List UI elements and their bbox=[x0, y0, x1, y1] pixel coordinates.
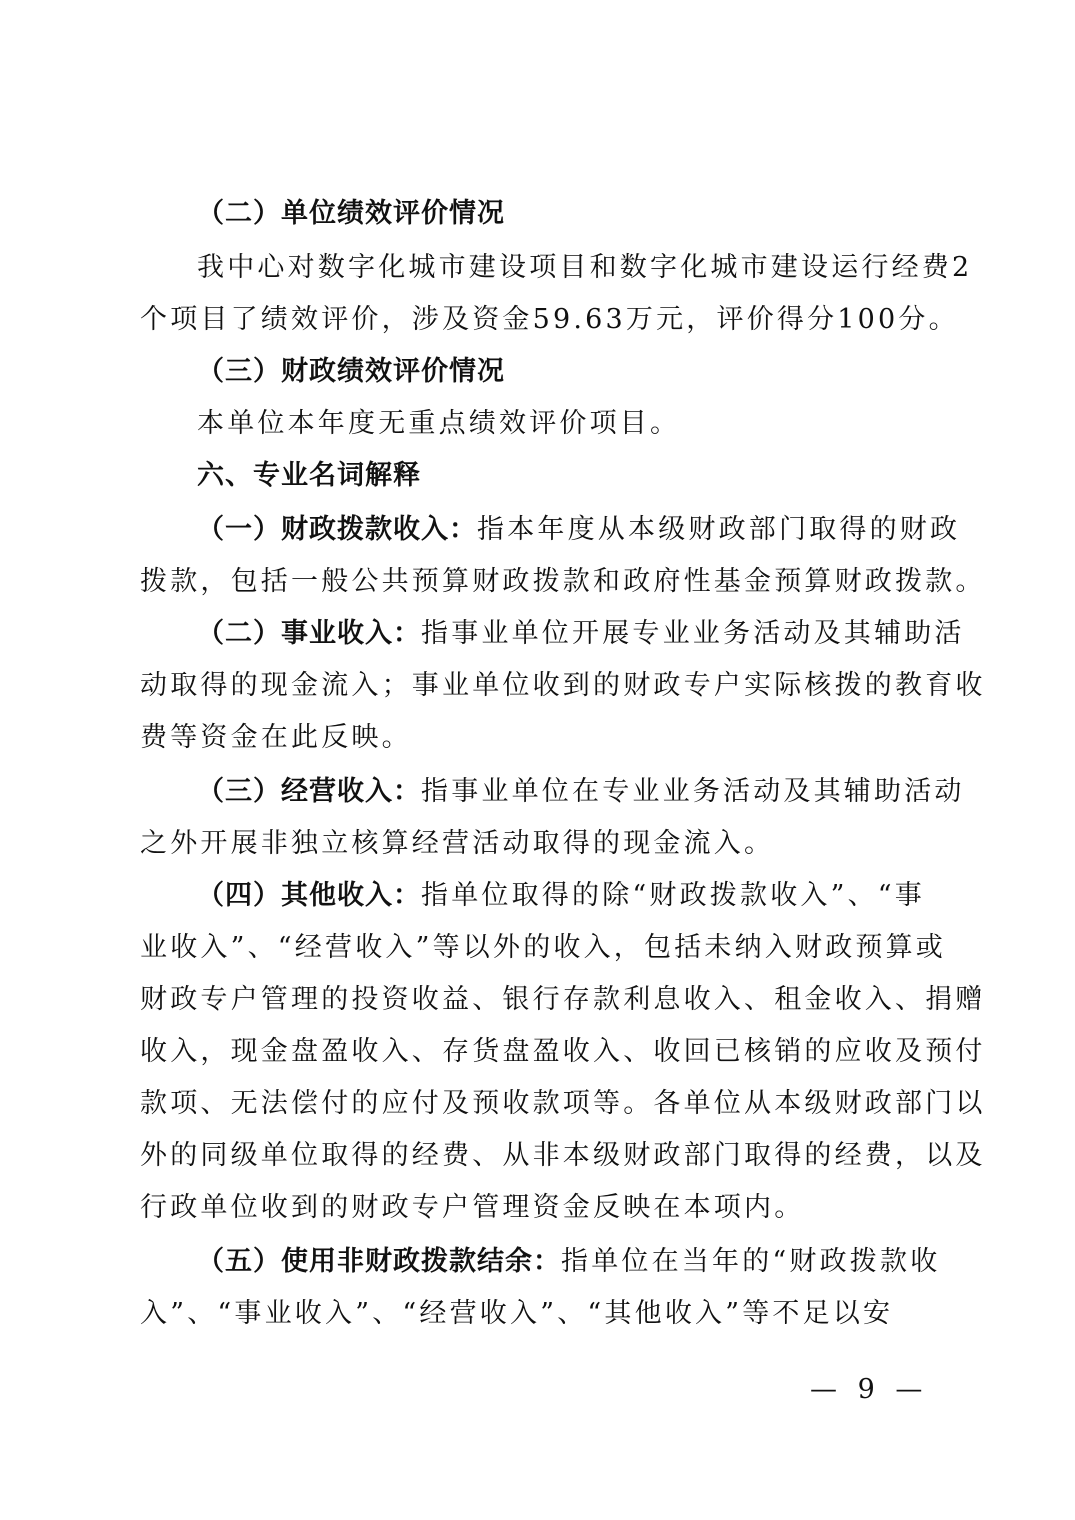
page-number: — 9 — bbox=[810, 1372, 928, 1408]
term-definition: 指单位在当年的“财政拨款收 bbox=[561, 1246, 940, 1277]
paragraph-line: 收入，现金盘盈收入、存货盘盈收入、收回已核销的应收及预付 bbox=[140, 1034, 940, 1070]
term-definition: 指事业单位在专业业务活动及其辅助活动 bbox=[421, 776, 965, 807]
paragraph-line: 业收入”、“经营收入”等以外的收入，包括未纳入财政预算或 bbox=[140, 930, 940, 966]
paragraph-line: 我中心对数字化城市建设项目和数字化城市建设运行经费2 bbox=[197, 250, 940, 286]
paragraph-line: 入”、“事业收入”、“经营收入”、“其他收入”等不足以安 bbox=[140, 1296, 940, 1332]
term-label: （三）经营收入： bbox=[197, 776, 421, 807]
term-label: （五）使用非财政拨款结余： bbox=[197, 1246, 561, 1277]
term-label: （四）其他收入： bbox=[197, 880, 421, 911]
glossary-term-5: （五）使用非财政拨款结余：指单位在当年的“财政拨款收 bbox=[197, 1244, 940, 1280]
paragraph-line: 之外开展非独立核算经营活动取得的现金流入。 bbox=[140, 826, 940, 862]
term-label: （二）事业收入： bbox=[197, 618, 421, 649]
glossary-term-1: （一）财政拨款收入：指本年度从本级财政部门取得的财政 bbox=[197, 512, 940, 548]
term-definition: 指本年度从本级财政部门取得的财政 bbox=[477, 514, 960, 545]
term-definition: 指单位取得的除“财政拨款收入”、“事 bbox=[421, 880, 925, 911]
paragraph-line: 行政单位收到的财政专户管理资金反映在本项内。 bbox=[140, 1190, 940, 1226]
term-label: （一）财政拨款收入： bbox=[197, 514, 477, 545]
term-definition: 指事业单位开展专业业务活动及其辅助活 bbox=[421, 618, 965, 649]
paragraph-line: 费等资金在此反映。 bbox=[140, 720, 940, 756]
paragraph-line: 外的同级单位取得的经费、从非本级财政部门取得的经费，以及 bbox=[140, 1138, 940, 1174]
paragraph-line: 财政专户管理的投资收益、银行存款利息收入、租金收入、捐赠 bbox=[140, 982, 940, 1018]
document-page: （二）单位绩效评价情况 我中心对数字化城市建设项目和数字化城市建设运行经费2 个… bbox=[0, 0, 1075, 1520]
paragraph-line: 款项、无法偿付的应付及预收款项等。各单位从本级财政部门以 bbox=[140, 1086, 940, 1122]
paragraph-line: 拨款，包括一般公共预算财政拨款和政府性基金预算财政拨款。 bbox=[140, 564, 940, 600]
section-heading-glossary: 六、专业名词解释 bbox=[197, 458, 997, 494]
section-heading-unit-eval: （二）单位绩效评价情况 bbox=[197, 196, 997, 232]
paragraph-line: 个项目了绩效评价，涉及资金59.63万元，评价得分100分。 bbox=[140, 302, 940, 338]
glossary-term-2: （二）事业收入：指事业单位开展专业业务活动及其辅助活 bbox=[197, 616, 940, 652]
paragraph-line: 本单位本年度无重点绩效评价项目。 bbox=[197, 406, 940, 442]
section-heading-finance-eval: （三）财政绩效评价情况 bbox=[197, 354, 997, 390]
glossary-term-3: （三）经营收入：指事业单位在专业业务活动及其辅助活动 bbox=[197, 774, 940, 810]
paragraph-line: 动取得的现金流入；事业单位收到的财政专户实际核拨的教育收 bbox=[140, 668, 940, 704]
glossary-term-4: （四）其他收入：指单位取得的除“财政拨款收入”、“事 bbox=[197, 878, 940, 914]
